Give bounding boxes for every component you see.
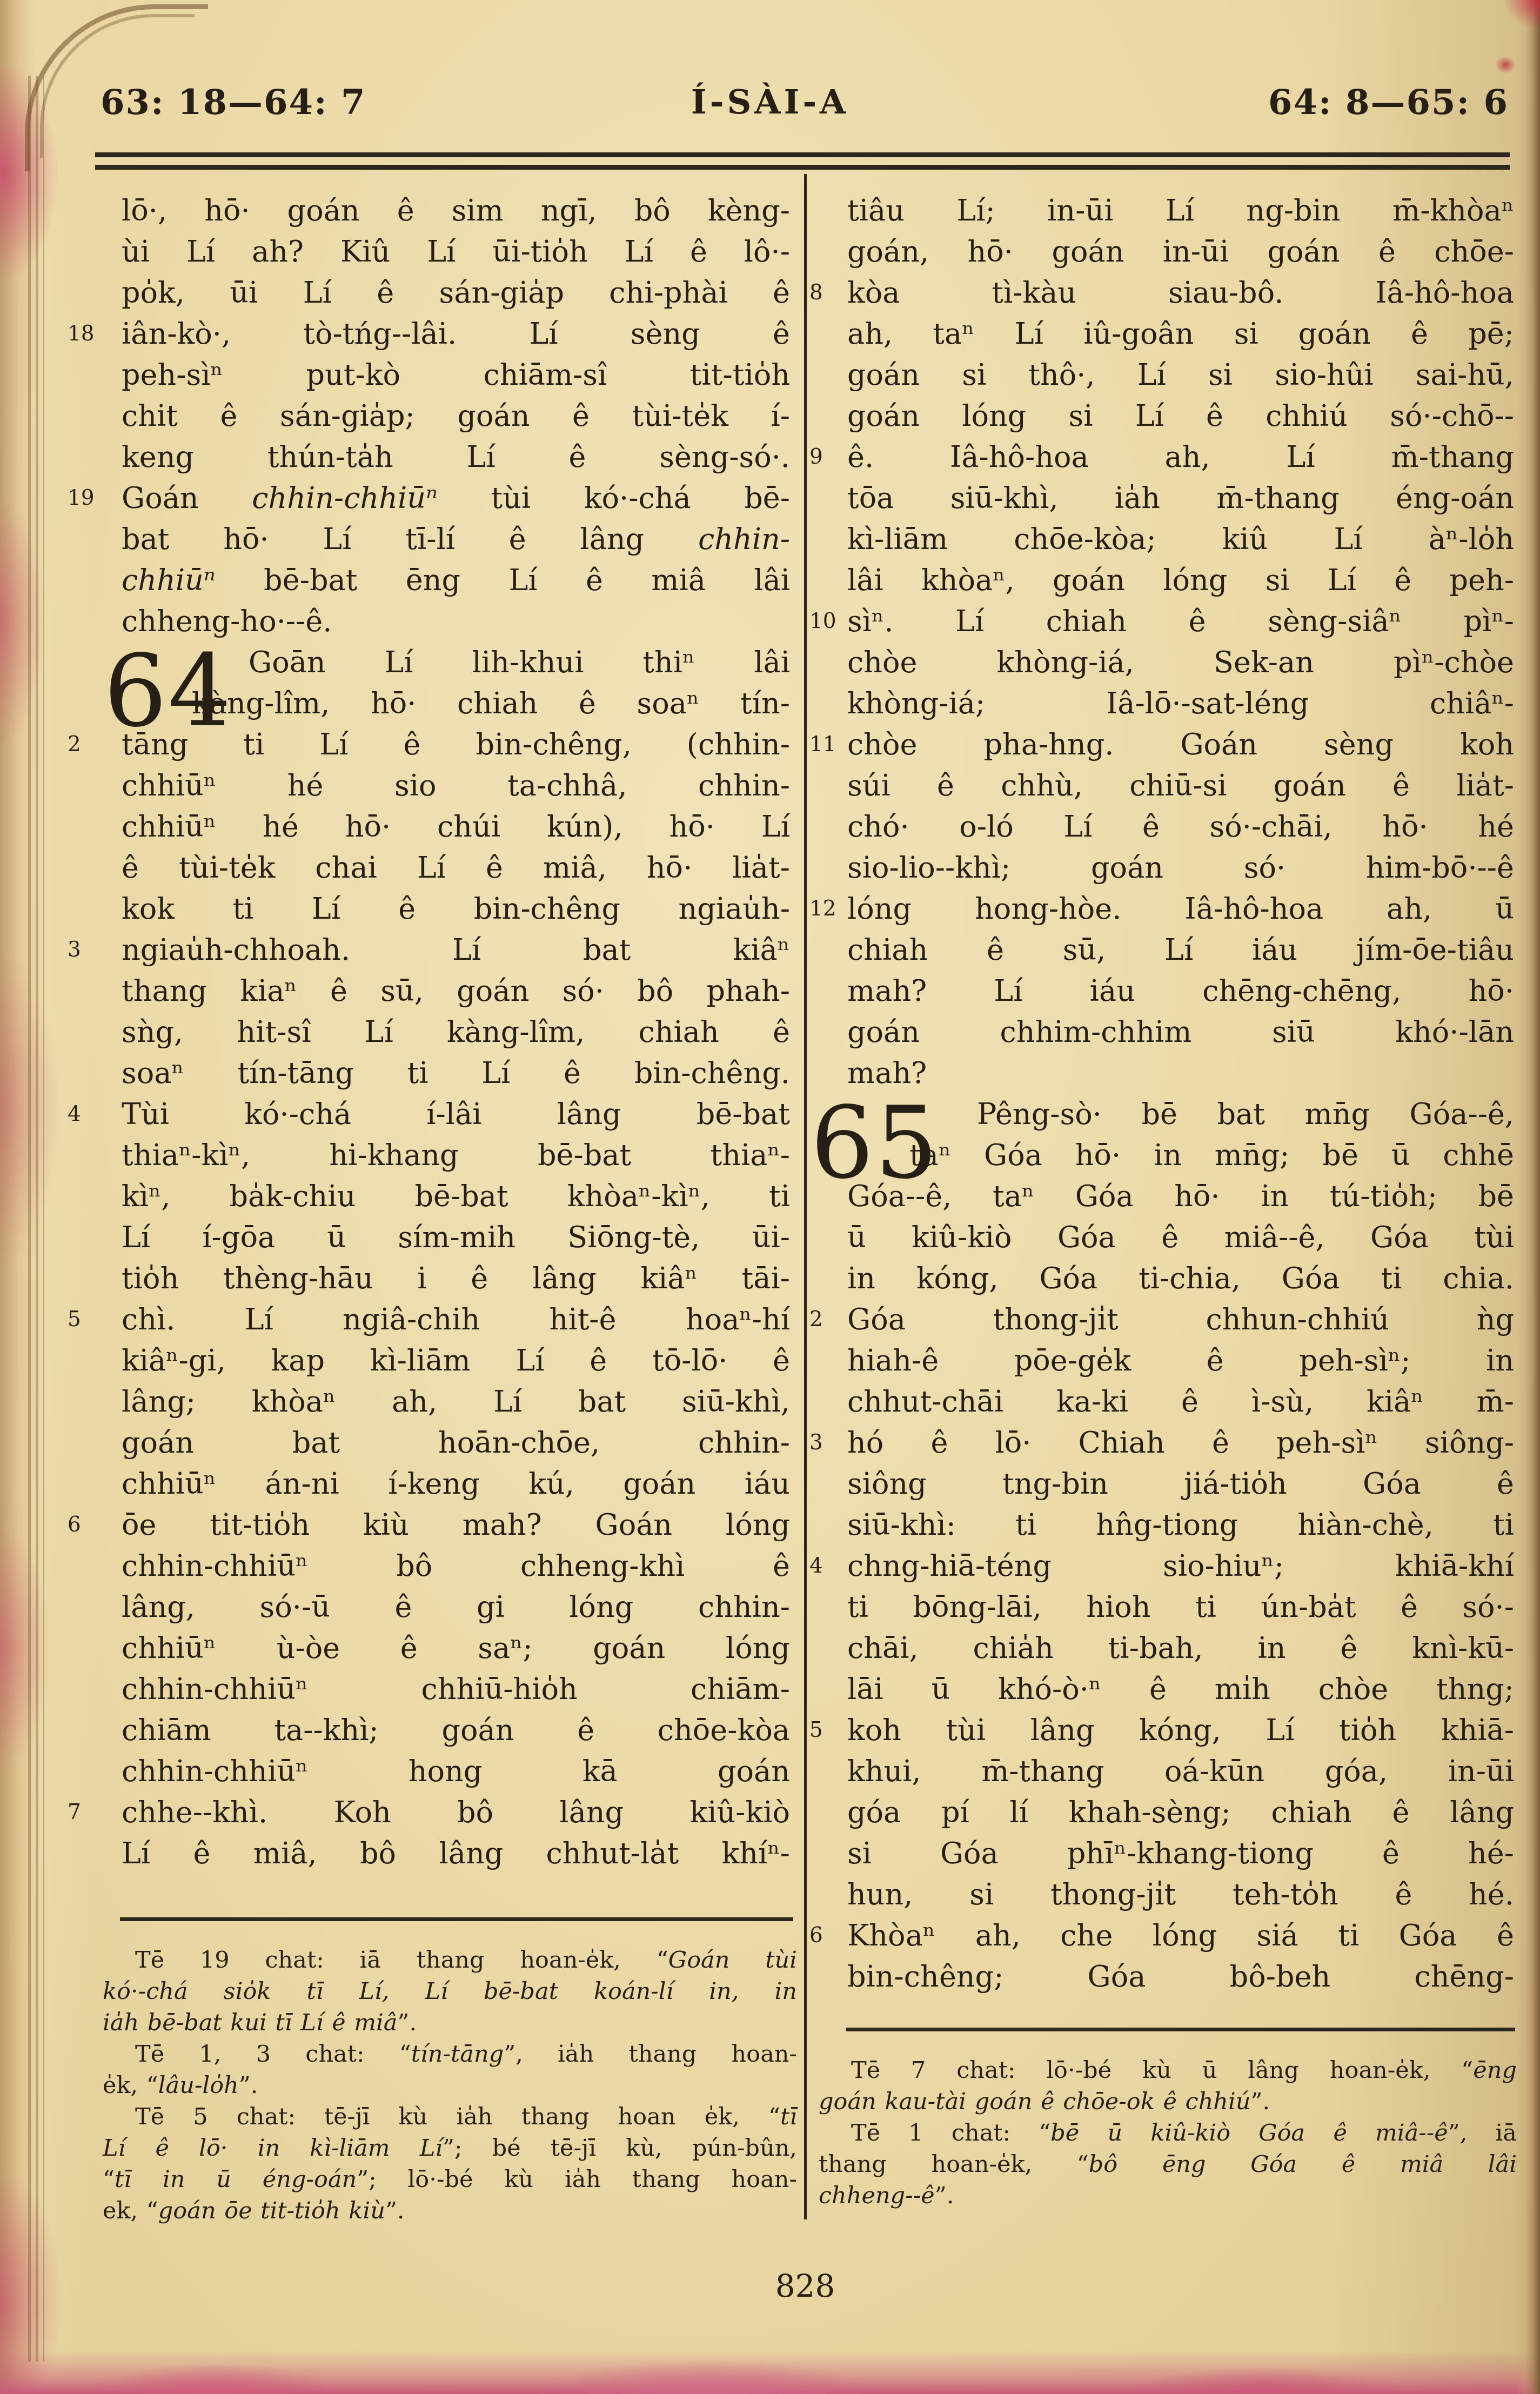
text-line: chheng--ê”.	[819, 2180, 1517, 2211]
text-line: keng thún-ta̍h Lí ê sèng-só·.	[122, 437, 790, 478]
verse-number: 4	[809, 1546, 823, 1587]
text-line: 10sìⁿ. Lí chiah ê sèng-siâⁿ pìⁿ-	[847, 601, 1514, 642]
verse-number: 18	[68, 313, 95, 355]
text-line: 12lóng hong-hòe. Iâ-hô-hoa ah, ū	[847, 888, 1514, 929]
text-line: Tē 7 chat: lō·-bé kù ū lâng hoan-e̍k, “ē…	[819, 2055, 1517, 2086]
text-line: thang kiaⁿ ê sū, goán só· bô phah-	[122, 971, 790, 1012]
text-line: Lí í-gōa ū sím-mih Siōng-tè, ūi-	[122, 1217, 790, 1258]
text-line: soaⁿ tín-tāng ti Lí ê bin-chêng.	[122, 1053, 790, 1094]
text-line: lāi ū khó-ò·ⁿ ê mi̍h chòe thng;	[847, 1669, 1514, 1710]
text-line: 3ngiau̍h-chhoah. Lí bat kiâⁿ	[122, 929, 790, 971]
text-line: ti bōng-lāi, hioh ti ún-ba̍t ê só·-	[847, 1587, 1514, 1628]
text-line: “tī in ū éng-oán”; lō·-bé kù ia̍h thang …	[103, 2164, 797, 2195]
text-line: khui, m̄-thang oá-kūn góa, in-ūi	[847, 1751, 1514, 1792]
text-line: ek, “goán ōe tit-tio̍h kiù”.	[103, 2195, 797, 2226]
text-line: sǹg, hit-sî Lí kàng-lîm, chiah ê	[122, 1012, 790, 1053]
verse-number: 3	[68, 929, 81, 971]
verse-number: 11	[809, 724, 836, 765]
text-line: góa pí lí khah-sèng; chiah ê lâng	[847, 1792, 1514, 1833]
text-line: khòng-iá; Iâ-lō·-sat-léng chiâⁿ-	[847, 683, 1514, 724]
text-line: Lí ê miâ, bô lâng chhut-la̍t khíⁿ-	[122, 1833, 790, 1874]
verse-number: 5	[809, 1710, 823, 1751]
text-line: goán kau-tài goán ê chōe-ok ê chhiú”.	[819, 2086, 1517, 2117]
verse-number: 7	[68, 1792, 81, 1833]
text-line: si Góa phīⁿ-khang-tiong ê hé-	[847, 1833, 1514, 1874]
text-line: chòe khòng-iá, Sek-an pìⁿ-chòe	[847, 642, 1514, 683]
text-line: ah, taⁿ Lí iû-goân si goán ê pē;	[847, 313, 1514, 355]
text-line: thiaⁿ-kìⁿ, hi-khang bē-bat thiaⁿ-	[122, 1135, 790, 1176]
text-line: chhut-chāi ka-ki ê ì-sù, kiâⁿ m̄-	[847, 1381, 1514, 1422]
left-text-column: lō·, hō· goán ê sim ngī, bô kèng-ùi Lí a…	[122, 190, 790, 1874]
text-line: kó·-chá sio̍k tī Lí, Lí bē-bat koán-lí i…	[103, 1976, 797, 2007]
text-line: thang hoan-e̍k, “bô ēng Góa ê miâ lâi	[819, 2149, 1517, 2180]
right-page-edge-shadow	[1515, 0, 1540, 2394]
text-line: tiâu Lí; in-ūi Lí ng-bin m̄-khòaⁿ	[847, 190, 1514, 231]
footnote-rule-right	[846, 2028, 1515, 2031]
text-line: 5koh tùi lâng kóng, Lí tio̍h khiā-	[847, 1710, 1514, 1751]
verse-number: 5	[68, 1299, 81, 1340]
text-line: 5chì. Lí ngiâ-chih hit-ê hoaⁿ-hí	[122, 1299, 790, 1340]
text-line: 18iân-kò·, tò-tńg--lâi. Lí sèng ê	[122, 313, 790, 355]
text-line: lâi khòaⁿ, goán lóng si Lí ê peh-	[847, 560, 1514, 601]
verse-number: 2	[68, 724, 81, 765]
text-line: Góa--ê, taⁿ Góa hō· in tú-tio̍h; bē	[847, 1176, 1514, 1217]
text-line: hun, si thong-ji̍t teh-to̍h ê hé.	[847, 1874, 1514, 1915]
text-line: kiâⁿ-gi, kap kì-liām Lí ê tō-lō· ê	[122, 1340, 790, 1381]
text-line: 3hó ê lō· Chiah ê peh-sìⁿ siông-	[847, 1422, 1514, 1463]
text-line: kàng-lîm, hō· chiah ê soaⁿ tín-	[122, 683, 790, 724]
right-text-column: tiâu Lí; in-ūi Lí ng-bin m̄-khòaⁿgoán, h…	[847, 190, 1514, 1997]
text-line: chhiūⁿ ù-òe ê saⁿ; goán lóng	[122, 1628, 790, 1669]
text-line: po̍k, ūi Lí ê sán-gia̍p chi-phài ê	[122, 272, 790, 313]
text-line: kok ti Lí ê bin-chêng ngiau̍h-	[122, 888, 790, 929]
text-line: tōa siū-khì, ia̍h m̄-thang éng-oán	[847, 478, 1514, 519]
text-line: chiām ta--khì; goán ê chōe-kòa	[122, 1710, 790, 1751]
text-line: siông tng-bin jiá-tio̍h Góa ê	[847, 1463, 1514, 1504]
text-line: Tē 19 chat: iā thang hoan-e̍k, “Goán tùi	[103, 1944, 797, 1976]
page-number: 828	[756, 2268, 854, 2304]
text-line: ùi Lí ah? Kiû Lí ūi-tio̍h Lí ê lô·-	[122, 231, 790, 272]
text-line: chit ê sán-gia̍p; goán ê tùi-te̍k í-	[122, 396, 790, 437]
header-double-rule	[95, 152, 1510, 170]
text-line: goán, hō· goán in-ūi goán ê chōe-	[847, 231, 1514, 272]
text-line: lō·, hō· goán ê sim ngī, bô kèng-	[122, 190, 790, 231]
text-line: 11chòe pha-hng. Goán sèng koh	[847, 724, 1514, 765]
text-line: lâng, só·-ū ê gi lóng chhin-	[122, 1587, 790, 1628]
text-line: e̍k, “lâu-lo̍h”.	[103, 2070, 797, 2101]
scanned-book-page: 63: 18—64: 7 Í-SÀI-A 64: 8—65: 6 lō·, hō…	[0, 0, 1540, 2394]
text-line: 9ê. Iâ-hô-hoa ah, Lí m̄-thang	[847, 437, 1514, 478]
text-line: goán chhim-chhim siū khó·-lān	[847, 1012, 1514, 1053]
column-divider-rule	[804, 174, 807, 2219]
text-line: chhiūⁿ hé hō· chúi kún), hō· Lí	[122, 806, 790, 847]
bottom-page-edge-stain	[0, 2343, 1540, 2394]
text-line: Tē 1 chat: “bē ū kiû-kiò Góa ê miâ--ê”, …	[819, 2117, 1517, 2149]
text-line: mah?	[847, 1053, 1514, 1094]
text-line: 7chhe--khì. Koh bô lâng kiû-kiò	[122, 1792, 790, 1833]
verse-number: 6	[68, 1504, 81, 1546]
text-line: ū kiû-kiò Góa ê miâ--ê, Góa tùi	[847, 1217, 1514, 1258]
text-line: siū-khì: ti hn̂g-tiong hiàn-chè, ti	[847, 1504, 1514, 1546]
text-line: chó· o-ló Lí ê só·-chāi, hō· hé	[847, 806, 1514, 847]
text-line: 6ōe tit-tio̍h kiù mah? Goán lóng	[122, 1504, 790, 1546]
text-line: Tē 5 chat: tē-jī kù ia̍h thang hoan e̍k,…	[103, 2101, 797, 2132]
text-line: bat hō· Lí tī-lí ê lâng chhin-	[122, 519, 790, 560]
verse-number: 3	[809, 1422, 823, 1463]
verse-number: 6	[809, 1915, 823, 1956]
footnote-rule-left	[120, 1917, 793, 1921]
left-page-edge-stain	[0, 0, 95, 2394]
header-verse-range-right: 64: 8—65: 6	[1268, 82, 1509, 123]
text-line: in kóng, Góa ti-chia, Góa ti chia.	[847, 1258, 1514, 1299]
text-line: 4Tùi kó·-chá í-lâi lâng bē-bat	[122, 1094, 790, 1135]
text-line: Lí ê lō· in kì-liām Lí”; bé tē-jī kù, pú…	[103, 2132, 797, 2164]
verse-number: 9	[809, 437, 823, 478]
text-line: chāi, chia̍h ti-bah, in ê knì-kū-	[847, 1628, 1514, 1669]
text-line: goán bat hoān-chōe, chhin-	[122, 1422, 790, 1463]
verse-number: 2	[809, 1299, 823, 1340]
text-line: ê tùi-te̍k chai Lí ê miâ, hō· lia̍t-	[122, 847, 790, 888]
text-line: chhiūⁿ hé sio ta-chhâ, chhin-	[122, 765, 790, 806]
text-line: kìⁿ, ba̍k-chiu bē-bat khòaⁿ-kìⁿ, ti	[122, 1176, 790, 1217]
chapter-start-line: 64Goān Lí lih-khui thiⁿ lâi	[122, 642, 790, 683]
text-line: 2tāng ti Lí ê bin-chêng, (chhin-	[122, 724, 790, 765]
verse-number: 19	[68, 478, 95, 519]
text-line: bin-chêng; Góa bô-beh chēng-	[847, 1956, 1514, 1997]
right-footnotes: Tē 7 chat: lō·-bé kù ū lâng hoan-e̍k, “ē…	[819, 2055, 1517, 2211]
text-line: goán lóng si Lí ê chhiú só·-chō--	[847, 396, 1514, 437]
text-line: 4chng-hiā-téng sio-hiuⁿ; khiā-khí	[847, 1546, 1514, 1587]
top-right-red-stain	[1470, 0, 1540, 92]
text-line: taⁿ Góa hō· in mn̄g; bē ū chhē	[847, 1135, 1514, 1176]
left-footnotes: Tē 19 chat: iā thang hoan-e̍k, “Goán tùi…	[103, 1944, 797, 2226]
text-line: chhiūⁿ án-ni í-keng kú, goán iáu	[122, 1463, 790, 1504]
text-line: chhiūⁿ bē-bat ēng Lí ê miâ lâi	[122, 560, 790, 601]
text-line: peh-sìⁿ put-kò chiām-sî tit-tio̍h	[122, 355, 790, 396]
text-line: chhin-chhiūⁿ chhiū-hio̍h chiām-	[122, 1669, 790, 1710]
text-line: 19Goán chhin-chhiūⁿ tùi kó·-chá bē-	[122, 478, 790, 519]
text-line: chhin-chhiūⁿ hong kā goán	[122, 1751, 790, 1792]
text-line: Tē 1, 3 chat: “tín-tāng”, ia̍h thang hoa…	[103, 2038, 797, 2070]
text-line: ia̍h bē-bat kui tī Lí ê miâ”.	[103, 2007, 797, 2038]
text-line: 8kòa tì-kàu siau-bô. Iâ-hô-hoa	[847, 272, 1514, 313]
text-line: kì-liām chōe-kòa; kiû Lí àⁿ-lo̍h	[847, 519, 1514, 560]
text-line: súi ê chhù, chiū-si goán ê lia̍t-	[847, 765, 1514, 806]
text-line: sio-lio--khì; goán só· him-bō·--ê	[847, 847, 1514, 888]
text-line: mah? Lí iáu chēng-chēng, hō·	[847, 971, 1514, 1012]
text-line: chhin-chhiūⁿ bô chheng-khì ê	[122, 1546, 790, 1587]
verse-number: 12	[809, 888, 836, 929]
text-line: tio̍h thèng-hāu i ê lâng kiâⁿ tāi-	[122, 1258, 790, 1299]
verse-number: 8	[809, 272, 823, 313]
text-line: hiah-ê pōe-ge̍k ê peh-sìⁿ; in	[847, 1340, 1514, 1381]
text-line: chiah ê sū, Lí iáu jím-ōe-tiâu	[847, 929, 1514, 971]
text-line: goán si thô·, Lí si sio-hûi sai-hū,	[847, 355, 1514, 396]
text-line: lâng; khòaⁿ ah, Lí bat siū-khì,	[122, 1381, 790, 1422]
text-line: 2Góa thong-ji̍t chhun-chhiú ǹg	[847, 1299, 1514, 1340]
text-line: 6Khòaⁿ ah, che lóng siá ti Góa ê	[847, 1915, 1514, 1956]
chapter-start-line: 65Pêng-sò· bē bat mn̄g Góa--ê,	[847, 1094, 1514, 1135]
verse-number: 4	[68, 1094, 81, 1135]
verse-number: 10	[809, 601, 836, 642]
